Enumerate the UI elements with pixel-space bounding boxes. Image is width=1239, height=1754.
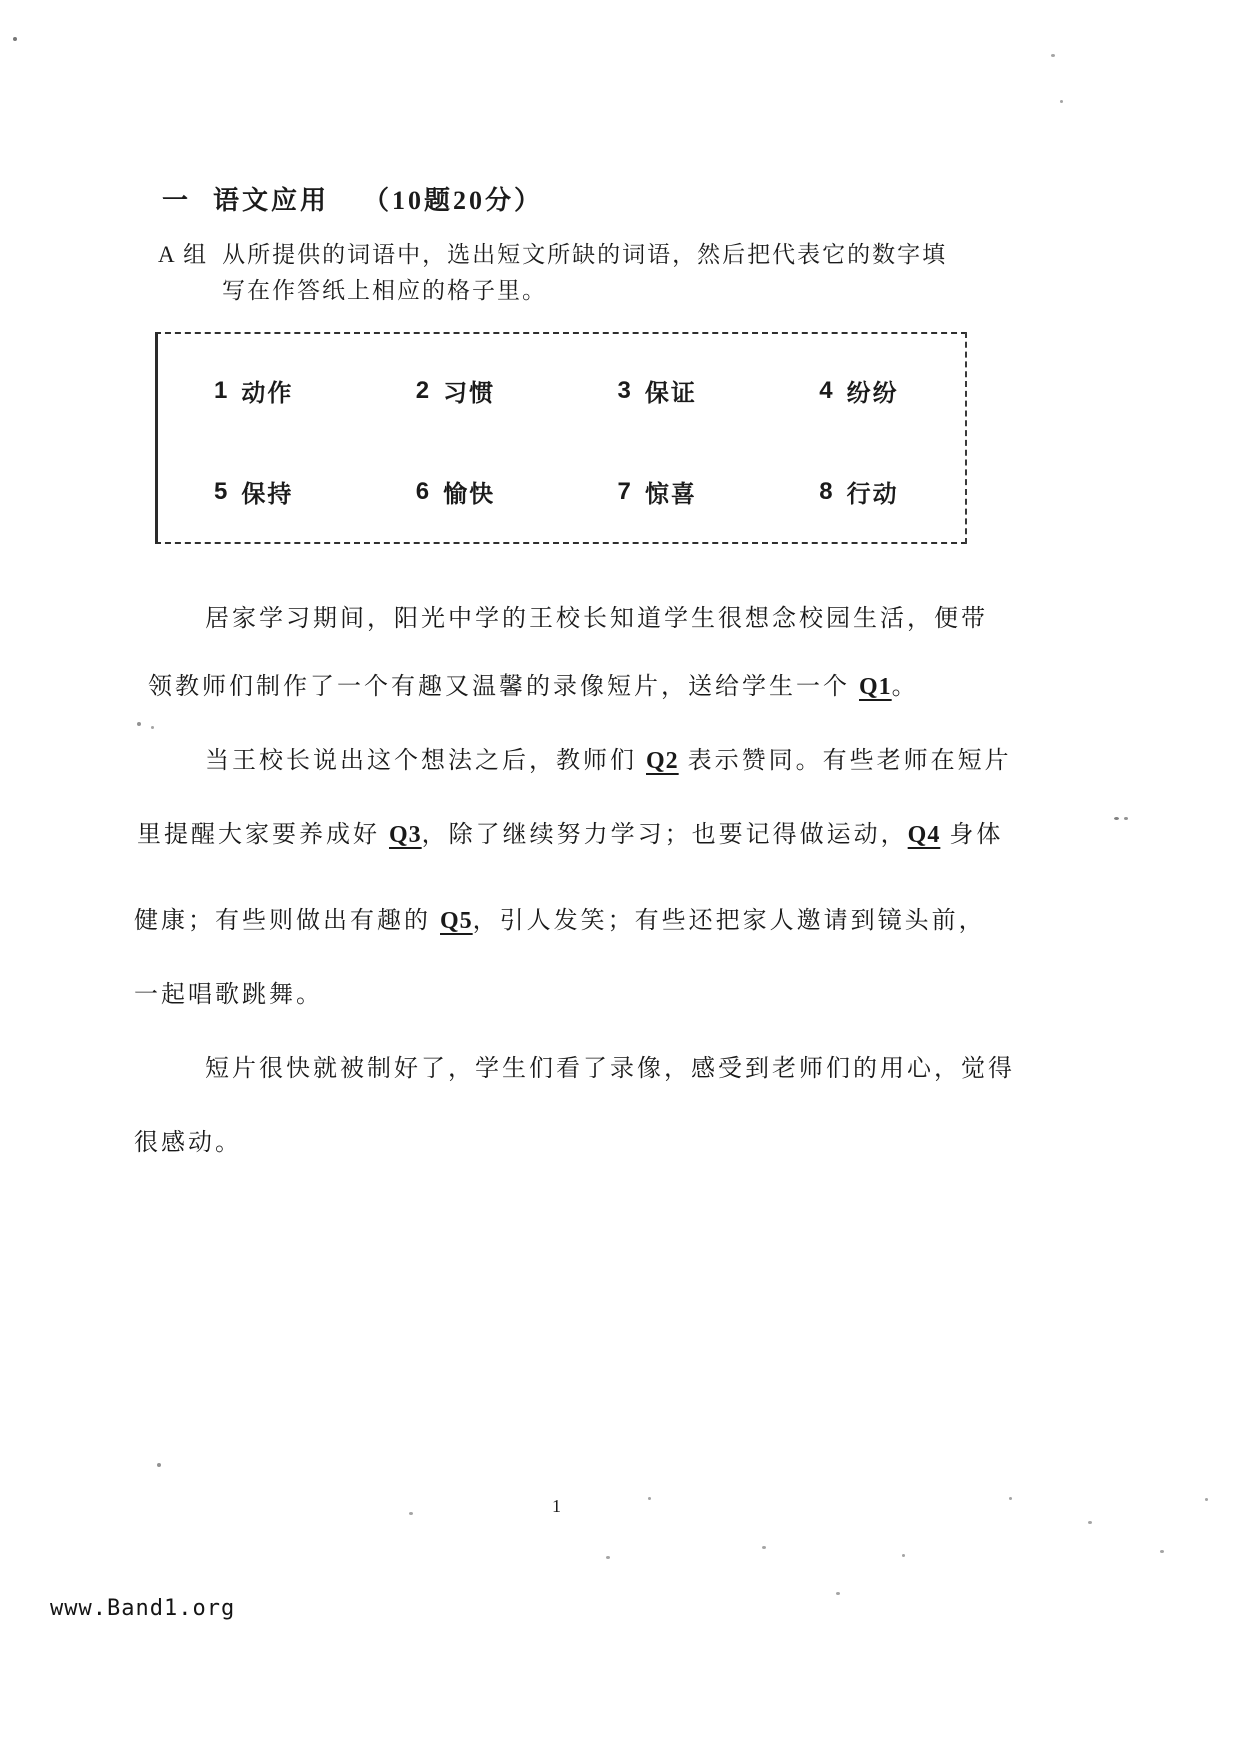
scan-speck (1088, 1521, 1092, 1524)
word-number: 3 (618, 377, 633, 405)
passage-text: 健康；有些则做出有趣的 (134, 908, 440, 934)
blank-q5: Q5 (440, 908, 473, 934)
word-text: 保证 (645, 373, 697, 408)
passage-text: 领教师们制作了一个有趣又温馨的录像短片，送给学生一个 (148, 674, 859, 700)
passage-line: 很感动。 (134, 1122, 242, 1157)
word-text: 动作 (241, 373, 293, 408)
passage-text: 身体 (940, 822, 1003, 848)
passage-line: 一起唱歌跳舞。 (134, 974, 323, 1009)
passage-text: 一起唱歌跳舞。 (134, 982, 323, 1008)
word-number: 2 (416, 377, 431, 405)
word-bank-item: 6 愉快 (360, 441, 562, 542)
section-title: 语文应用 (213, 186, 329, 215)
word-text: 愉快 (443, 474, 495, 509)
word-bank-item: 2 习惯 (360, 340, 562, 441)
word-bank-box: 1 动作 2 习惯 3 保证 4 纷纷 5 保持 6 愉快 7 惊喜 8 行动 (155, 332, 967, 544)
word-number: 1 (214, 377, 229, 405)
word-text: 习惯 (443, 373, 495, 408)
word-number: 6 (416, 478, 431, 506)
blank-q1: Q1 (859, 674, 892, 700)
scan-speck (1124, 817, 1128, 820)
scan-speck (13, 37, 17, 41)
passage-text: 表示赞同。有些老师在短片 (679, 748, 1012, 774)
word-number: 5 (214, 478, 229, 506)
passage-line: 里提醒大家要养成好 Q3，除了继续努力学习；也要记得做运动，Q4 身体 (137, 814, 1003, 849)
instruction-line-2: 写在作答纸上相应的格子里。 (222, 272, 547, 305)
section-heading: 一语文应用（10题20分） (162, 180, 543, 217)
passage-text: 当王校长说出这个想法之后，教师们 (205, 748, 646, 774)
word-bank-item: 4 纷纷 (763, 340, 965, 441)
scan-speck (1051, 54, 1055, 57)
blank-q2: Q2 (646, 748, 679, 774)
section-number: 一 (162, 186, 191, 215)
passage-text: ，除了继续努力学习；也要记得做运动， (422, 822, 908, 848)
scan-speck (1160, 1550, 1164, 1553)
word-bank-item: 8 行动 (763, 441, 965, 542)
passage-line: 短片很快就被制好了，学生们看了录像，感受到老师们的用心，觉得 (205, 1048, 1015, 1083)
passage-line: 健康；有些则做出有趣的 Q5，引人发笑；有些还把家人邀请到镜头前， (134, 900, 986, 935)
passage-text: 短片很快就被制好了，学生们看了录像，感受到老师们的用心，觉得 (205, 1056, 1015, 1082)
passage-text: 居家学习期间，阳光中学的王校长知道学生很想念校园生活，便带 (205, 606, 988, 632)
word-number: 7 (618, 478, 633, 506)
scan-speck (1114, 817, 1119, 820)
word-text: 保持 (241, 474, 293, 509)
scan-speck (606, 1556, 610, 1559)
passage-text: 里提醒大家要养成好 (137, 822, 389, 848)
blank-q4: Q4 (908, 822, 941, 848)
passage-text: 。 (892, 674, 919, 700)
scan-speck (157, 1463, 161, 1467)
passage-text: 很感动。 (134, 1130, 242, 1156)
word-number: 8 (819, 478, 834, 506)
instruction-line-1: A 组从所提供的词语中，选出短文所缺的词语，然后把代表它的数字填 (158, 236, 947, 269)
passage-line: 当王校长说出这个想法之后，教师们 Q2 表示赞同。有些老师在短片 (205, 740, 1012, 775)
page-number: 1 (552, 1496, 562, 1517)
scan-speck (648, 1497, 651, 1500)
scan-speck (137, 722, 141, 726)
word-bank-item: 5 保持 (158, 441, 360, 542)
scan-speck (902, 1554, 905, 1557)
scan-speck (409, 1512, 413, 1515)
word-text: 惊喜 (645, 474, 697, 509)
word-bank-item: 1 动作 (158, 340, 360, 441)
scan-speck (762, 1546, 766, 1549)
blank-q3: Q3 (389, 822, 422, 848)
word-bank-item: 7 惊喜 (562, 441, 764, 542)
scan-speck (151, 726, 154, 729)
scan-speck (1009, 1497, 1012, 1500)
instruction-text-1: 从所提供的词语中，选出短文所缺的词语，然后把代表它的数字填 (222, 242, 947, 267)
word-text: 行动 (847, 474, 899, 509)
instruction-text-2: 写在作答纸上相应的格子里。 (222, 278, 547, 303)
word-number: 4 (819, 377, 834, 405)
scan-speck (1060, 100, 1063, 103)
group-label: A 组 (158, 242, 208, 267)
word-text: 纷纷 (847, 373, 899, 408)
passage-text: ，引人发笑；有些还把家人邀请到镜头前， (473, 908, 986, 934)
passage-line: 居家学习期间，阳光中学的王校长知道学生很想念校园生活，便带 (205, 598, 988, 633)
scan-speck (836, 1592, 840, 1595)
scan-speck (1205, 1498, 1208, 1501)
passage-line: 领教师们制作了一个有趣又温馨的录像短片，送给学生一个 Q1。 (148, 666, 919, 701)
section-score: （10题20分） (363, 186, 543, 215)
watermark: www.Band1.org (50, 1596, 235, 1621)
word-bank-item: 3 保证 (562, 340, 764, 441)
